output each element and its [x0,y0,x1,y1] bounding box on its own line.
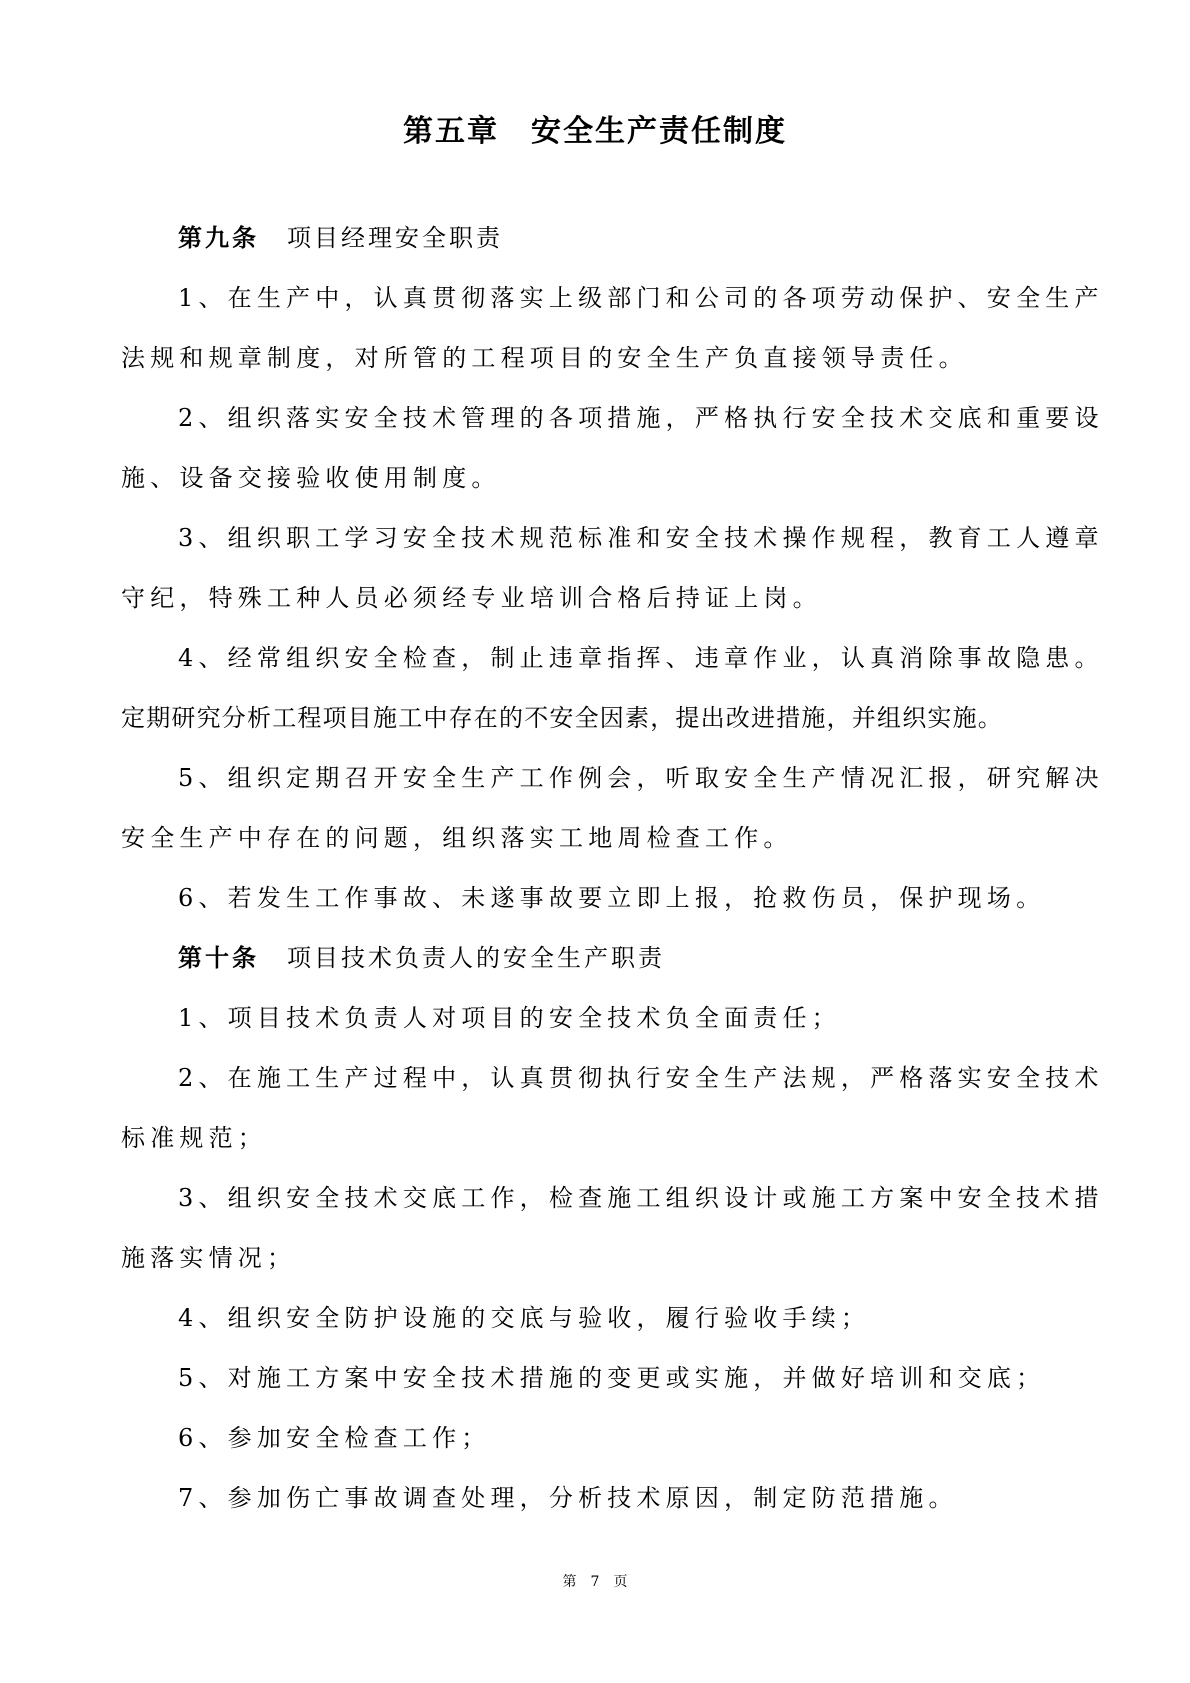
paragraph-line: 2、在施工生产过程中，认真贯彻执行安全生产法规，严格落实安全技术 [121,1048,1071,1108]
paragraph-line: 1、项目技术负责人对项目的安全技术负全面责任； [121,988,1071,1048]
article-title: 项目技术负责人的安全生产职责 [287,944,665,972]
article-title: 项目经理安全职责 [287,224,503,252]
chapter-title: 第五章 安全生产责任制度 [0,112,1190,152]
article-heading: 第十条项目技术负责人的安全生产职责 [121,928,1071,988]
paragraph-line: 5、对施工方案中安全技术措施的变更或实施，并做好培训和交底； [121,1348,1071,1408]
paragraph-line: 6、若发生工作事故、未遂事故要立即上报，抢救伤员，保护现场。 [121,868,1071,928]
document-body: 第九条项目经理安全职责 1、在生产中，认真贯彻落实上级部门和公司的各项劳动保护、… [121,208,1071,1528]
article-number: 第十条 [178,943,259,972]
paragraph-line: 2、组织落实安全技术管理的各项措施，严格执行安全技术交底和重要设 [121,388,1071,448]
paragraph-line: 定期研究分析工程项目施工中存在的不安全因素，提出改进措施，并组织实施。 [121,688,1071,748]
article-heading: 第九条项目经理安全职责 [121,208,1071,268]
paragraph-line: 4、组织安全防护设施的交底与验收，履行验收手续； [121,1288,1071,1348]
paragraph-line: 法规和规章制度，对所管的工程项目的安全生产负直接领导责任。 [121,328,1071,388]
paragraph-line: 6、参加安全检查工作； [121,1408,1071,1468]
paragraph-line: 3、组织安全技术交底工作，检查施工组织设计或施工方案中安全技术措 [121,1168,1071,1228]
paragraph-line: 1、在生产中，认真贯彻落实上级部门和公司的各项劳动保护、安全生产 [121,268,1071,328]
page-number: 第 7 页 [0,1572,1190,1592]
paragraph-line: 7、参加伤亡事故调查处理，分析技术原因，制定防范措施。 [121,1468,1071,1528]
paragraph-line: 施、设备交接验收使用制度。 [121,448,1071,508]
paragraph-line: 守纪，特殊工种人员必须经专业培训合格后持证上岗。 [121,568,1071,628]
paragraph-line: 标准规范； [121,1108,1071,1168]
paragraph-line: 3、组织职工学习安全技术规范标准和安全技术操作规程，教育工人遵章 [121,508,1071,568]
paragraph-line: 5、组织定期召开安全生产工作例会，听取安全生产情况汇报，研究解决 [121,748,1071,808]
paragraph-line: 施落实情况； [121,1228,1071,1288]
article-number: 第九条 [178,223,259,252]
paragraph-line: 安全生产中存在的问题，组织落实工地周检查工作。 [121,808,1071,868]
document-page: 第五章 安全生产责任制度 第九条项目经理安全职责 1、在生产中，认真贯彻落实上级… [0,0,1190,1683]
paragraph-line: 4、经常组织安全检查，制止违章指挥、违章作业，认真消除事故隐患。 [121,628,1071,688]
